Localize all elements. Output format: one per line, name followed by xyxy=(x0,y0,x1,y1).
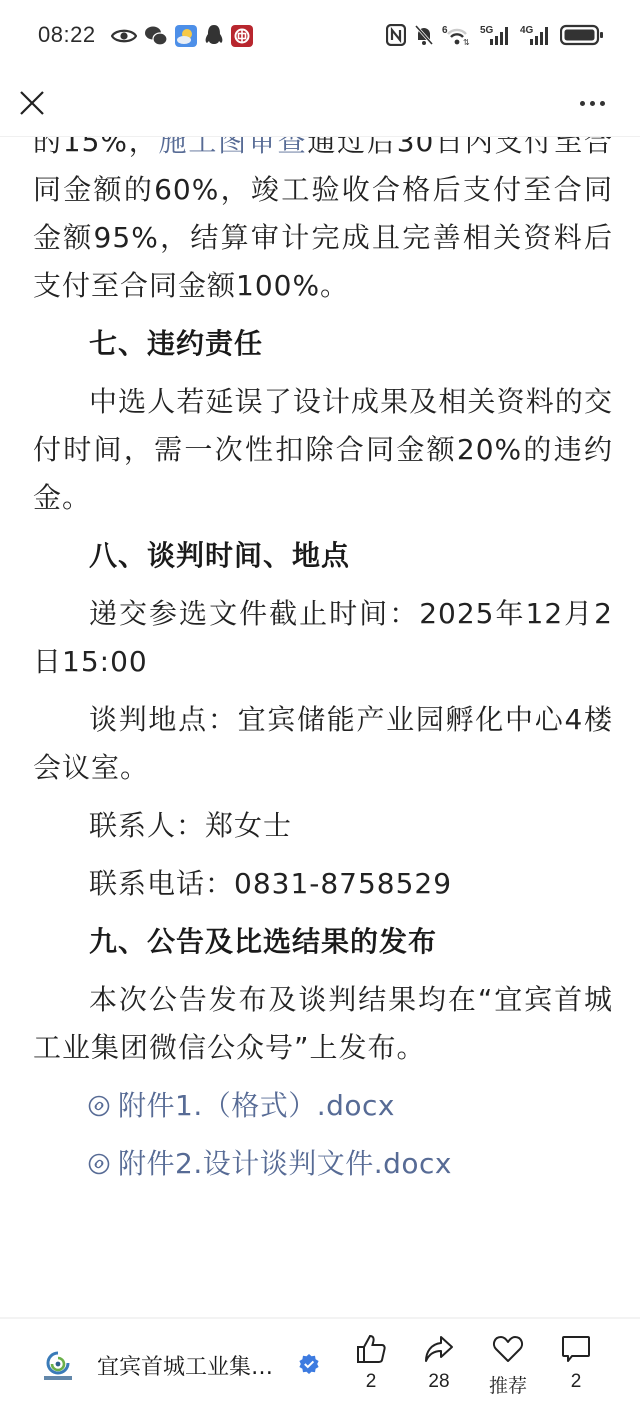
close-icon xyxy=(18,89,46,117)
publication-paragraph: 本次公告发布及谈判结果均在“宜宾首城工业集团微信公众号”上发布。 xyxy=(33,976,613,1072)
comment-button[interactable]: 2 xyxy=(546,1333,606,1403)
more-dots-icon xyxy=(580,101,585,106)
bank-app-icon xyxy=(231,25,253,47)
comment-icon xyxy=(560,1333,592,1365)
link-icon xyxy=(88,1153,110,1175)
article-footer-bar: 宜宾首城工业集… 2 28 推荐 2 xyxy=(0,1317,640,1412)
heart-icon xyxy=(492,1333,524,1365)
more-dots-icon xyxy=(590,101,595,106)
share-icon xyxy=(423,1333,455,1365)
deadline-paragraph: 递交参选文件截止时间：2025年12月2日15:00 xyxy=(33,590,613,686)
payment-terms-paragraph: 的15%，施工图审查通过后30日内支付至合同金额的60%，竣工验收合格后支付至合… xyxy=(33,118,613,310)
notification-icons xyxy=(111,24,253,48)
4g-signal-icon: 4G xyxy=(520,24,552,46)
attachment-link-1[interactable]: 附件1.（格式）.docx xyxy=(88,1082,613,1130)
svg-text:⇅: ⇅ xyxy=(463,38,470,46)
contact-phone-paragraph: 联系电话：0831-8758529 xyxy=(33,860,613,908)
attachment-1-label: 附件1.（格式）.docx xyxy=(118,1082,395,1130)
comment-count: 2 xyxy=(546,1371,606,1393)
5g-signal-icon: 5G xyxy=(480,24,512,46)
status-time: 08:22 xyxy=(38,22,96,48)
attachment-2-label: 附件2.设计谈判文件.docx xyxy=(118,1140,452,1188)
nfc-icon xyxy=(386,24,406,46)
battery-icon xyxy=(560,24,604,46)
more-dots-icon xyxy=(600,101,605,106)
weather-icon xyxy=(175,25,197,47)
silent-bell-icon xyxy=(414,24,434,46)
svg-text:5G: 5G xyxy=(480,25,494,36)
account-logo[interactable] xyxy=(40,1349,76,1385)
system-status-icons: 6⇅ 5G 4G xyxy=(386,24,604,46)
article-content[interactable]: 的15%，施工图审查通过后30日内支付至合同金额的60%，竣工验收合格后支付至合… xyxy=(0,0,640,1317)
breach-paragraph: 中选人若延误了设计成果及相关资料的交付时间，需一次性扣除合同金额20%的违约金。 xyxy=(33,378,613,522)
section-heading-breach: 七、违约责任 xyxy=(33,320,613,368)
share-count: 28 xyxy=(409,1371,469,1393)
contact-person-paragraph: 联系人：郑女士 xyxy=(33,802,613,850)
wifi6-icon: 6⇅ xyxy=(442,24,472,46)
article-header xyxy=(0,75,640,137)
wechat-icon xyxy=(144,25,168,47)
section-heading-negotiation: 八、谈判时间、地点 xyxy=(33,532,613,580)
recommend-button[interactable]: 推荐 xyxy=(478,1333,538,1403)
share-button[interactable]: 28 xyxy=(409,1333,469,1403)
thumbs-up-icon xyxy=(355,1333,387,1365)
svg-text:6: 6 xyxy=(442,25,448,36)
account-name[interactable]: 宜宾首城工业集… xyxy=(97,1350,273,1381)
qq-icon xyxy=(204,24,224,48)
verified-badge-icon xyxy=(298,1353,320,1375)
location-paragraph: 谈判地点：宜宾储能产业园孵化中心4楼会议室。 xyxy=(33,696,613,792)
section-heading-publication: 九、公告及比选结果的发布 xyxy=(33,918,613,966)
close-button[interactable] xyxy=(18,89,46,117)
eye-icon xyxy=(111,27,137,45)
like-button[interactable]: 2 xyxy=(341,1333,401,1403)
status-bar: 08:22 6⇅ 5G 4G xyxy=(0,0,640,75)
svg-text:4G: 4G xyxy=(520,25,534,36)
more-options-button[interactable] xyxy=(580,95,612,111)
article-body: 的15%，施工图审查通过后30日内支付至合同金额的60%，竣工验收合格后支付至合… xyxy=(33,118,613,1198)
recommend-label: 推荐 xyxy=(478,1371,538,1398)
attachment-link-2[interactable]: 附件2.设计谈判文件.docx xyxy=(88,1140,613,1188)
like-count: 2 xyxy=(341,1371,401,1393)
link-icon xyxy=(88,1095,110,1117)
